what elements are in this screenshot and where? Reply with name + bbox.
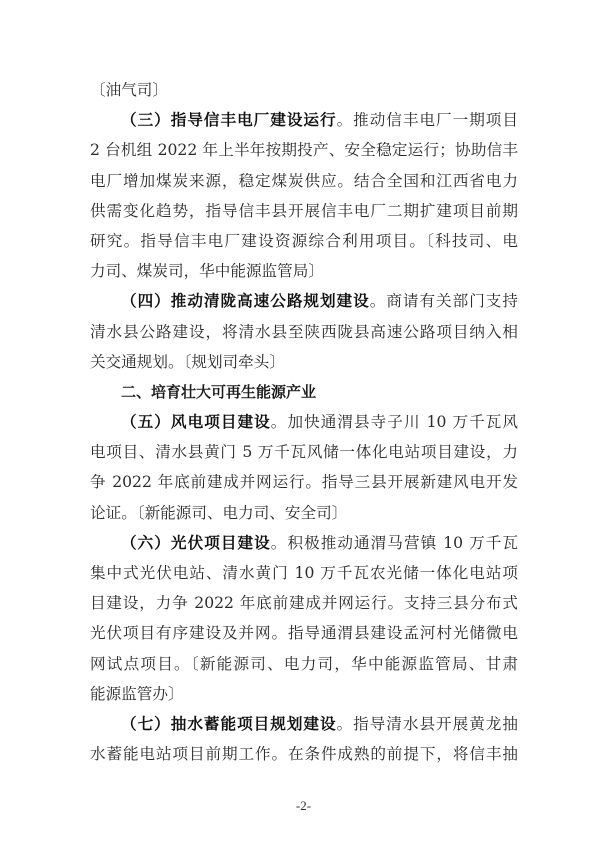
text-line: 〔油气司〕 [90,75,518,105]
text-line: 力司、煤炭司，华中能源监管局〕 [90,256,518,286]
text-line: 争 2022 年底前建成并网运行。指导三县开展新建风电开发 [90,467,518,497]
text-line: 网试点项目。〔新能源司、电力司，华中能源监管局、甘肃 [90,649,518,679]
text-line: 论证。〔新能源司、电力司、安全司〕 [90,498,518,528]
text-line: 集中式光伏电站、清水黄门 10 万千瓦农光储一体化电站项 [90,558,518,588]
section-item-6: （六）光伏项目建设。积极推动通渭马营镇 10 万千瓦 [90,528,518,558]
section-title: （七）抽水蓄能项目规划建设 [121,714,337,733]
chapter-title: 二、培育壮大可再生能源产业 [121,383,316,401]
text-line: 水蓄能电站项目前期工作。在条件成熟的前提下，将信丰抽 [90,739,518,769]
text-line: 供需变化趋势，指导信丰县开展信丰电厂二期扩建项目前期 [90,196,518,226]
text-line: 光伏项目有序建设及并网。指导通渭县建设孟河村光储微电 [90,618,518,648]
text-line: 电厂增加煤炭来源，稳定煤炭供应。结合全国和江西省电力 [90,166,518,196]
section-item-4: （四）推动清陇高速公路规划建设。商请有关部门支持 [90,286,518,316]
section-item-3: （三）指导信丰电厂建设运行。推动信丰电厂一期项目 [90,105,518,135]
section-item-7: （七）抽水蓄能项目规划建设。指导清水县开展黄龙抽 [90,709,518,739]
section-title: （六）光伏项目建设 [121,533,271,552]
text-line: 能源监管办〕 [90,679,518,709]
section-title: （四）推动清陇高速公路规划建设 [121,291,370,310]
text-line: 电项目、清水县黄门 5 万千瓦风储一体化电站项目建设，力 [90,437,518,467]
section-title: （三）指导信丰电厂建设运行 [121,110,337,129]
section-title: （五）风电项目建设 [121,412,271,431]
page-number: -2- [0,798,607,814]
text-line: 清水县公路建设，将清水县至陕西陇县高速公路项目纳入相 [90,317,518,347]
section-item-5: （五）风电项目建设。加快通渭县寺子川 10 万千瓦风 [90,407,518,437]
text-line: 2 台机组 2022 年上半年按期投产、安全稳定运行；协助信丰 [90,135,518,165]
text-line: 关交通规划。〔规划司牵头〕 [90,347,518,377]
chapter-heading: 二、培育壮大可再生能源产业 [90,377,518,407]
text-line: 研究。指导信丰电厂建设资源综合利用项目。〔科技司、电 [90,226,518,256]
text-line: 目建设，力争 2022 年底前建成并网运行。支持三县分布式 [90,588,518,618]
document-page: 〔油气司〕 （三）指导信丰电厂建设运行。推动信丰电厂一期项目 2 台机组 202… [90,75,518,769]
